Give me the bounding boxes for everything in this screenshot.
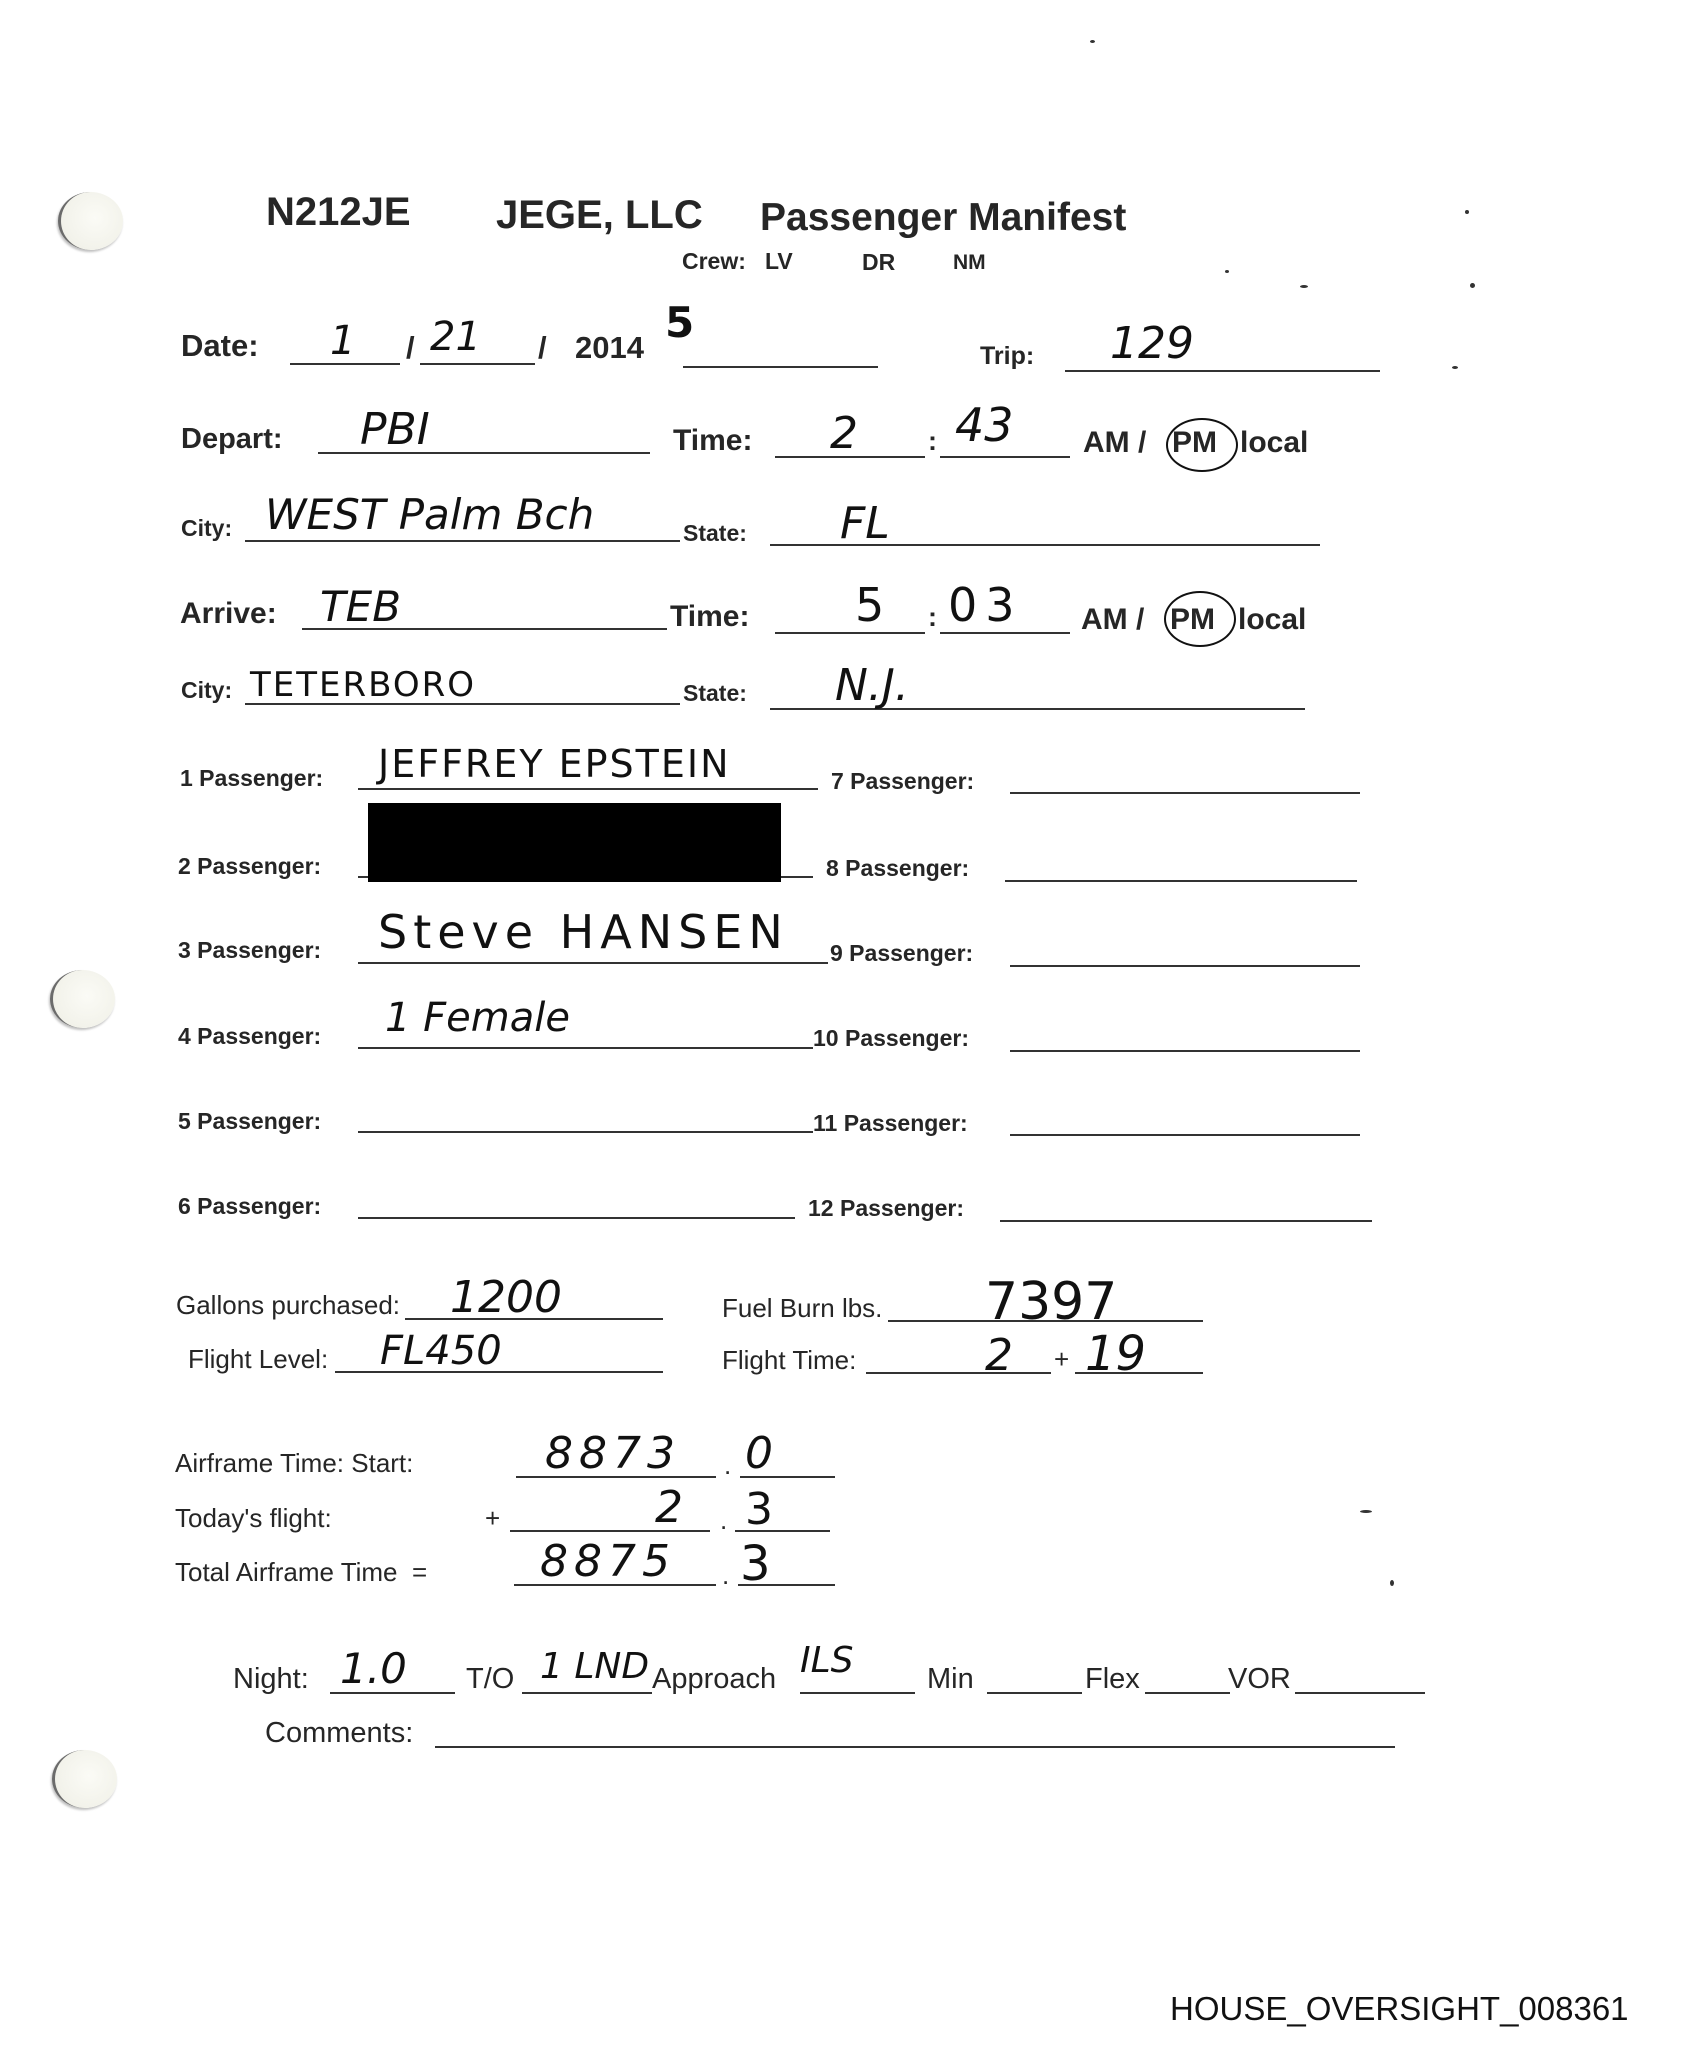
company-name: JEGE, LLC (496, 193, 703, 238)
scan-speck (1225, 270, 1229, 273)
passenger-4-label: 4 Passenger: (178, 1023, 321, 1050)
todays-flight-whole-value: 2 (655, 1482, 683, 1533)
depart-time-colon: : (928, 426, 937, 457)
takeoff-label: T/O (466, 1663, 514, 1696)
approach-value: ILS (800, 1640, 854, 1681)
arrive-pm-circle (1164, 591, 1236, 647)
arrive-minute-field[interactable] (940, 632, 1070, 634)
scan-speck (1470, 283, 1475, 288)
airframe-start-whole-value: 8873 (545, 1428, 681, 1479)
passenger-8-field[interactable] (1005, 880, 1357, 882)
passenger-11-field[interactable] (1010, 1134, 1360, 1136)
takeoff-value: 1 LND (540, 1646, 649, 1687)
depart-hour-value: 2 (830, 408, 858, 459)
arrive-hour-value: 5 (855, 578, 884, 632)
todays-flight-tenth-value: 3 (745, 1484, 773, 1535)
gallons-value: 1200 (450, 1272, 562, 1323)
arrive-time-label: Time: (670, 600, 749, 634)
hole-punch-bottom (52, 1750, 117, 1808)
redaction-box (368, 803, 781, 882)
flex-field[interactable] (1145, 1692, 1230, 1694)
scan-speck (1300, 285, 1308, 288)
total-airframe-whole-value: 8875 (540, 1536, 676, 1587)
passenger-1-label: 1 Passenger: (180, 765, 323, 792)
arrive-label: Arrive: (180, 597, 277, 631)
scan-speck (1465, 210, 1469, 214)
passenger-11-label: 11 Passenger: (813, 1110, 968, 1137)
passenger-3-field[interactable] (358, 962, 828, 964)
passenger-3-value: Steve HANSEN (378, 905, 789, 959)
crew-member-3: NM (953, 251, 986, 275)
passenger-6-label: 6 Passenger: (178, 1193, 321, 1220)
tail-number: N212JE (266, 190, 411, 235)
approach-field[interactable] (800, 1692, 915, 1694)
flight-time-hours-value: 2 (985, 1330, 1013, 1381)
approach-label: Approach (652, 1663, 776, 1696)
passenger-4-field[interactable] (358, 1047, 813, 1049)
crew-member-2: DR (862, 249, 895, 276)
trip-field[interactable] (1065, 370, 1380, 372)
depart-local-label: local (1240, 426, 1308, 460)
airframe-start-tenth-value: 0 (745, 1428, 773, 1479)
depart-value: PBI (360, 404, 430, 455)
hole-punch-middle (50, 970, 115, 1028)
total-airframe-dot: . (722, 1560, 729, 1591)
min-label: Min (927, 1663, 974, 1696)
trip-value: 129 (1110, 318, 1194, 369)
airframe-start-label: Airframe Time: Start: (175, 1448, 413, 1479)
comments-field[interactable] (435, 1746, 1395, 1748)
passenger-1-field[interactable] (358, 788, 818, 790)
depart-label: Depart: (181, 423, 283, 456)
depart-pm-circle (1166, 418, 1238, 472)
todays-flight-dot: . (720, 1505, 727, 1536)
depart-state-label: State: (683, 520, 747, 547)
airframe-start-dot: . (724, 1450, 731, 1481)
form-title: Passenger Manifest (760, 196, 1126, 240)
passenger-7-label: 7 Passenger: (831, 768, 974, 795)
scan-speck (1452, 366, 1458, 369)
night-value: 1.0 (340, 1644, 407, 1693)
min-field[interactable] (987, 1692, 1082, 1694)
crew-label: Crew: (682, 248, 746, 275)
takeoff-field[interactable] (522, 1692, 652, 1694)
depart-minute-value: 43 (955, 398, 1014, 452)
arrive-state-label: State: (683, 680, 747, 707)
arrive-city-label: City: (181, 677, 232, 704)
passenger-4-value: 1 Female (385, 995, 570, 1041)
arrive-value: TEB (320, 582, 401, 631)
arrive-ampm-am: AM / (1081, 603, 1144, 637)
arrive-hour-field[interactable] (775, 632, 925, 634)
flight-time-plus: + (1054, 1344, 1069, 1375)
date-separator: / (406, 330, 415, 366)
depart-city-value: WEST Palm Bch (265, 490, 594, 539)
arrive-state-value: N.J. (835, 660, 909, 711)
vor-field[interactable] (1295, 1692, 1425, 1694)
hole-punch-top (58, 192, 123, 250)
arrive-local-label: local (1238, 603, 1306, 637)
arrive-city-value: TETERBORO (250, 665, 476, 705)
trip-label: Trip: (980, 342, 1034, 371)
scan-speck (1390, 1580, 1394, 1586)
comments-label: Comments: (265, 1717, 413, 1750)
bates-stamp: HOUSE_OVERSIGHT_008361 (1170, 1990, 1629, 2028)
flight-time-hours-field[interactable] (866, 1372, 1051, 1374)
passenger-8-label: 8 Passenger: (826, 855, 969, 882)
date-separator: / (538, 330, 547, 366)
passenger-9-field[interactable] (1010, 965, 1360, 967)
passenger-12-field[interactable] (1000, 1220, 1372, 1222)
gallons-label: Gallons purchased: (176, 1290, 400, 1321)
flight-time-label: Flight Time: (722, 1345, 856, 1376)
flex-label: Flex (1085, 1663, 1140, 1696)
todays-flight-label: Today's flight: (175, 1503, 332, 1534)
fuel-burn-value: 7397 (985, 1272, 1117, 1332)
passenger-12-label: 12 Passenger: (808, 1195, 964, 1222)
scan-speck (1090, 40, 1095, 43)
date-year-correction: 5 (665, 298, 694, 347)
passenger-6-field[interactable] (358, 1217, 795, 1219)
passenger-10-field[interactable] (1010, 1050, 1360, 1052)
passenger-5-field[interactable] (358, 1131, 813, 1133)
total-airframe-tenth-value: 3 (740, 1536, 771, 1592)
night-label: Night: (233, 1663, 309, 1696)
depart-city-label: City: (181, 515, 232, 542)
arrive-minute-value: 03 (948, 578, 1023, 632)
crew-member-1: LV (765, 248, 793, 275)
total-airframe-label: Total Airframe Time = (175, 1557, 427, 1588)
depart-minute-field[interactable] (940, 456, 1070, 458)
passenger-10-label: 10 Passenger: (813, 1025, 969, 1052)
scan-speck (1360, 1510, 1372, 1513)
passenger-1-value: JEFFREY EPSTEIN (378, 742, 731, 786)
passenger-3-label: 3 Passenger: (178, 937, 321, 964)
flight-level-label: Flight Level: (188, 1344, 328, 1375)
date-label: Date: (181, 328, 259, 364)
todays-flight-plus: + (485, 1503, 500, 1534)
arrive-time-colon: : (928, 602, 937, 633)
passenger-9-label: 9 Passenger: (830, 940, 973, 967)
depart-time-label: Time: (673, 424, 752, 458)
date-year-field[interactable] (683, 366, 878, 368)
passenger-2-label: 2 Passenger: (178, 853, 321, 880)
vor-label: VOR (1228, 1663, 1291, 1696)
passenger-7-field[interactable] (1010, 792, 1360, 794)
date-day-field[interactable] (420, 363, 535, 365)
flight-time-minutes-value: 19 (1085, 1326, 1146, 1382)
depart-city-field[interactable] (245, 540, 680, 542)
depart-ampm-am: AM / (1083, 426, 1146, 460)
date-day-value: 21 (430, 314, 481, 360)
passenger-5-label: 5 Passenger: (178, 1108, 321, 1135)
date-month-value: 1 (330, 318, 355, 364)
date-year-printed: 2014 (575, 330, 644, 366)
flight-level-value: FL450 (380, 1328, 502, 1374)
fuel-burn-label: Fuel Burn lbs. (722, 1293, 882, 1324)
depart-state-value: FL (840, 498, 890, 549)
